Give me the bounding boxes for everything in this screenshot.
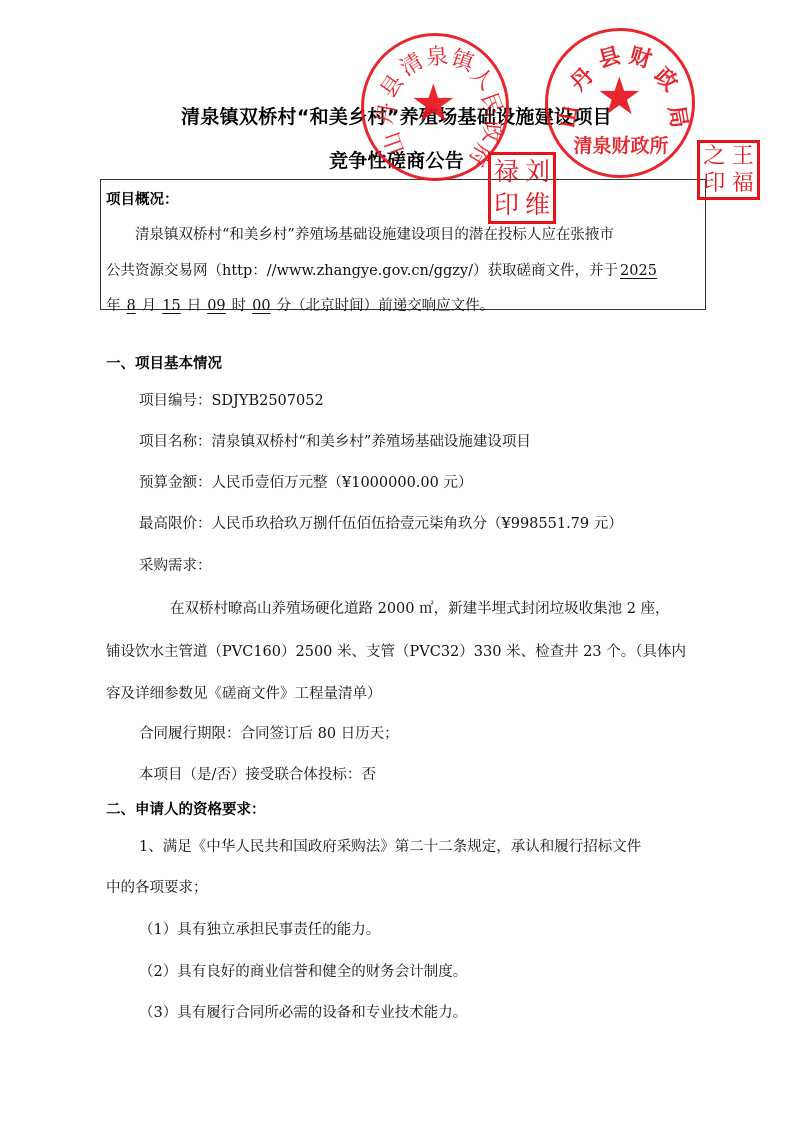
- overview-line3: 年8月15日09时00分（北京时间）前递交响应文件。: [106, 296, 494, 316]
- procurement-line3: 容及详细参数见《磋商文件》工程量清单）: [106, 684, 382, 704]
- budget-amount: 预算金额：人民币壹佰万元整（¥1000000.00 元）: [139, 473, 472, 493]
- deadline-hour: 09: [201, 298, 231, 314]
- overview-line2: 公共资源交易网（http：//www.zhangye.gov.cn/ggzy/）…: [106, 261, 659, 281]
- project-name: 项目名称：清泉镇双桥村“和美乡村”养殖场基础设施建设项目: [139, 432, 531, 452]
- personal-seal-wang-fu: 之 王 印 福: [697, 140, 760, 200]
- requirement-item-1: （1）具有独立承担民事责任的能力。: [139, 920, 380, 940]
- year-label: 年: [106, 298, 121, 314]
- overview-heading: 项目概况：: [106, 190, 179, 210]
- seal-char: 丹: [562, 60, 599, 97]
- deadline-minute: 00: [246, 298, 276, 314]
- finance-bureau-seal: ★ 山 丹 县 财 政 局 清泉财政所: [545, 28, 695, 178]
- contract-period: 合同履行期限：合同签订后 80 日历天；: [139, 724, 399, 744]
- section2-heading: 二、申请人的资格要求：: [106, 800, 266, 820]
- seal-char: 维: [525, 192, 550, 217]
- hour-label: 时: [232, 298, 247, 314]
- deadline-month: 8: [121, 298, 142, 314]
- seal-char: 印: [494, 192, 519, 217]
- requirement-item-2: （2）具有良好的商业信誉和健全的财务会计制度。: [139, 962, 467, 982]
- seal-star-icon: ★: [410, 78, 457, 130]
- seal-char: 山: [550, 103, 584, 130]
- consortium-bid: 本项目（是/否）接受联合体投标：否: [139, 765, 376, 785]
- overview-line1: 清泉镇双桥村“和美乡村”养殖场基础设施建设项目的潜在投标人应在张掖市: [135, 225, 614, 245]
- day-label: 日: [187, 298, 202, 314]
- requirement1-line2: 中的各项要求；: [106, 878, 208, 898]
- town-government-seal: ★ 山 丹 县 清 泉 镇 人 民 政 府: [361, 33, 509, 181]
- seal-char: 丹: [368, 100, 402, 127]
- section1-heading: 一、项目基本情况: [106, 354, 222, 374]
- deadline-day: 15: [156, 298, 186, 314]
- procurement-line2: 铺设饮水主管道（PVC160）2500 米、支管（PVC32）330 米、检查井…: [106, 642, 686, 662]
- seal-char: 印: [703, 173, 725, 195]
- seal-char: 局: [662, 103, 696, 130]
- seal-char: 禄: [494, 159, 519, 184]
- minute-label: 分（北京时间）前递交响应文件。: [277, 298, 495, 314]
- max-price: 最高限价：人民币玖拾玖万捌仟伍佰伍拾壹元柒角玖分（¥998551.79 元）: [139, 514, 623, 534]
- deadline-year: 2025: [618, 263, 659, 279]
- seal-char: 王: [732, 146, 754, 168]
- requirement1-line1: 1、满足《中华人民共和国政府采购法》第二十二条规定，承认和履行招标文件: [139, 837, 641, 857]
- overview-line2-text: 公共资源交易网（http：//www.zhangye.gov.cn/ggzy/）…: [106, 263, 618, 279]
- project-number: 项目编号：SDJYB2507052: [139, 391, 324, 411]
- personal-seal-liu-wei: 禄 刘 印 维: [488, 152, 556, 224]
- procurement-label: 采购需求：: [139, 556, 212, 576]
- seal-char: 山: [375, 128, 412, 159]
- seal-char: 刘: [525, 159, 550, 184]
- seal-char: 政: [477, 119, 510, 144]
- seal-char: 福: [732, 173, 754, 195]
- seal-char: 泉: [425, 39, 450, 72]
- month-label: 月: [142, 298, 157, 314]
- seal-char: 政: [648, 60, 685, 97]
- requirement-item-3: （3）具有履行合同所必需的设备和专业技术能力。: [139, 1003, 467, 1023]
- procurement-line1: 在双桥村暸高山养殖场硬化道路 2000 ㎡，新建半埋式封闭垃圾收集池 2 座，: [170, 599, 670, 619]
- seal-star-icon: ★: [596, 71, 643, 123]
- seal-char: 财: [626, 39, 655, 75]
- seal-char: 之: [703, 146, 725, 168]
- finance-seal-bottom-text: 清泉财政所: [568, 131, 674, 158]
